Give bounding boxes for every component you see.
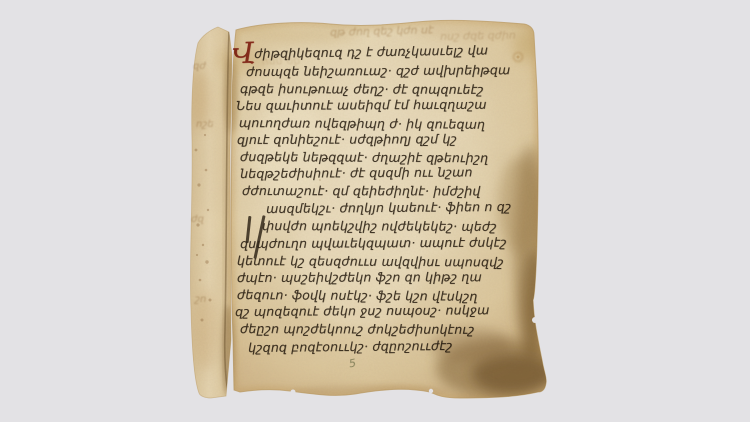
ghost-text: ոսշ ժզե զժիո (440, 30, 516, 42)
manuscript-text-block: Վ ժիթզիկեզուզ դշ է ժառչկասւելշ վա ժոսպզե… (0, 0, 750, 422)
text-line: Նես զաւիտուէ ասեիզմ էմ հաւզղաշա (236, 97, 487, 113)
text-line: փսվժո պոեկշվիշ ովժեկեկեշ· պեժշ (262, 218, 497, 234)
sliver-bleed-mark: շո (195, 295, 206, 305)
text-line: ժեզուո· ֆօվկ ոսէկշ· ֆշե կշո վէսկշղ (237, 287, 478, 304)
text-line: կշզոզ բոզէօոււկշ· ժզըոշոււժէշ (248, 338, 453, 355)
text-line: կետուէ կշ զեսզժոււս ավզվիսւ սպոսզվշ (237, 253, 504, 269)
text-line: գթզե իսութուաչ ժեղշ· ժէ զոպզուեէշ (240, 81, 484, 97)
text-line: զսպժուղո պվաւեկզպատ· ապուէ ժսկէշ (240, 235, 507, 251)
text-line: ժեըշո պոշժեկոուշ ժոկշեժիսոկէուշ (240, 321, 474, 337)
sliver-bleed-mark: ժզ (191, 215, 204, 225)
text-line: զշ պոզեզուէ ժեկո ջսշ ոսպօսշ· ոսկջա (235, 302, 490, 319)
text-line: ժսզթեկե նեթզզաէ· ժղաշիէ զթեուիշղ (240, 149, 488, 165)
text-line: նեզթշեժիսիուէ· ժէ զսզմի ոււ նշաո (240, 164, 473, 181)
ghost-text: զթ ժող զեշ կժո սէ (330, 24, 434, 38)
ghost-text: զժ սեո (261, 55, 300, 67)
manuscript-photograph: Վ ժիթզիկեզուզ դշ է ժառչկասւելշ վա ժոսպզե… (0, 0, 750, 422)
text-line: ժժուտաշուէ· զմ զեիեժիղնէ· իմժշիվ (242, 183, 481, 198)
sliver-bleed-mark: զժ (193, 62, 206, 72)
text-line: պուողժառ ովեզթիպղ ժ· իկ զուեզաղ (239, 115, 485, 132)
sliver-bleed-mark: ոշե (196, 120, 214, 130)
text-line: ասզմեկշւ· ժողկյո կաեուէ· ֆիեո ո զշ (266, 199, 511, 216)
page-number: 5 (348, 357, 357, 369)
text-line: զյուէ զոնիեշուէ· սժզթիողյ զշմ կշ (237, 131, 457, 147)
text-line: ժպէո· պսշեիվշժեկո ֆշո զո կիթշ ղա (237, 269, 482, 285)
